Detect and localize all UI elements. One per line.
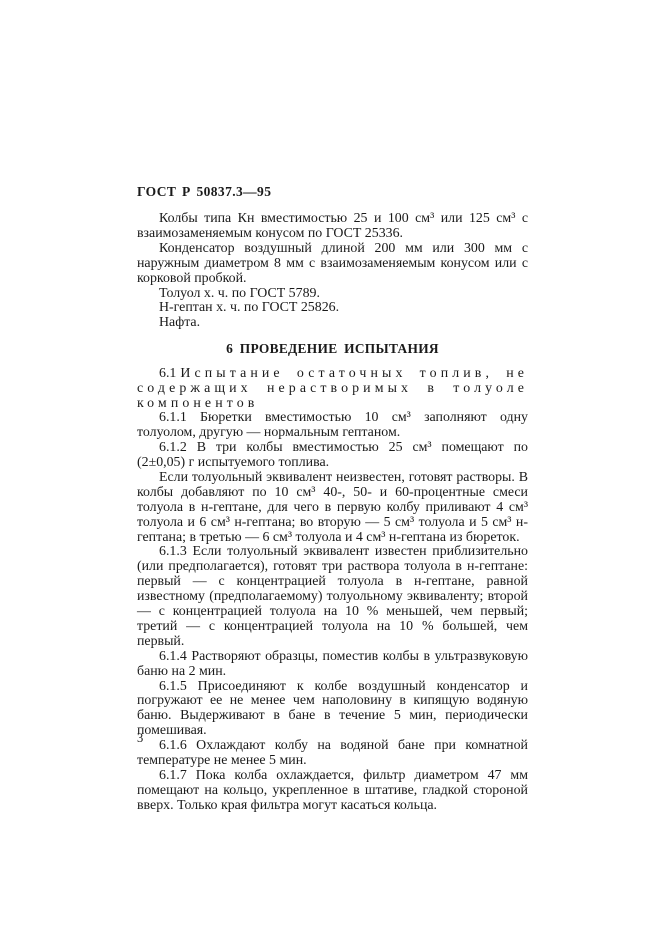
- section-heading: 6 ПРОВЕДЕНИЕ ИСПЫТАНИЯ: [137, 341, 528, 356]
- clause-6-1-6: 6.1.6 Охлаждают колбу на водяной бане пр…: [137, 739, 528, 769]
- subsection-heading: 6.1Испытание остаточных топлив, не содер…: [137, 366, 528, 411]
- clause-6-1-3: 6.1.3 Если толуольный эквивалент известе…: [137, 545, 528, 649]
- clause-6-1-5: 6.1.5 Присоединяют к колбе воздушный кон…: [137, 680, 528, 740]
- page-number: 3: [137, 731, 143, 745]
- document-page: ГОСТ Р 50837.3—95 Колбы типа Кн вместимо…: [0, 0, 661, 936]
- material-item-flasks: Колбы типа Кн вместимостью 25 и 100 см³ …: [137, 212, 528, 242]
- subsection-number: 6.1: [159, 366, 176, 381]
- material-item-naphtha: Нафта.: [137, 316, 528, 331]
- material-item-heptane: Н-гептан х. ч. по ГОСТ 25826.: [137, 301, 528, 316]
- material-item-toluene: Толуол х. ч. по ГОСТ 5789.: [137, 287, 528, 302]
- clause-6-1-1: 6.1.1 Бюретки вместимостью 10 см³ заполн…: [137, 411, 528, 441]
- text-column: ГОСТ Р 50837.3—95 Колбы типа Кн вместимо…: [137, 184, 528, 814]
- doc-number-header: ГОСТ Р 50837.3—95: [137, 184, 528, 200]
- clause-6-1-4: 6.1.4 Растворяют образцы, поместив колбы…: [137, 650, 528, 680]
- clause-6-1-7: 6.1.7 Пока колба охлаждается, фильтр диа…: [137, 769, 528, 814]
- section-title: ПРОВЕДЕНИЕ ИСПЫТАНИЯ: [240, 341, 439, 356]
- material-item-condenser: Конденсатор воздушный длиной 200 мм или …: [137, 242, 528, 287]
- subsection-title: Испытание остаточных топлив, не содержащ…: [137, 366, 528, 411]
- clause-6-1-2: 6.1.2 В три колбы вместимостью 25 см³ по…: [137, 441, 528, 471]
- section-number: 6: [226, 341, 233, 356]
- clause-6-1-2-continuation: Если толуольный эквивалент неизвестен, г…: [137, 471, 528, 546]
